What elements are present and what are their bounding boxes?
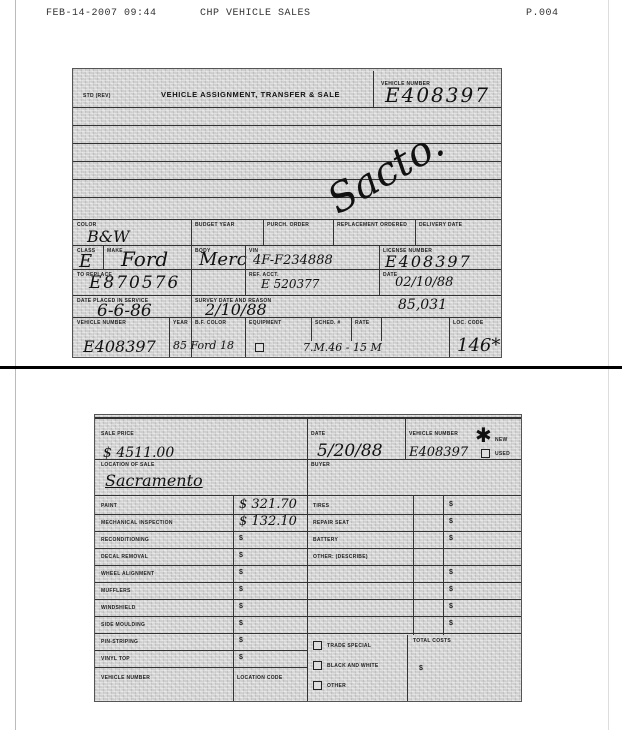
vehicle-number-label-2: VEHICLE NUMBER [77,320,126,326]
location-label: LOCATION OF SALE [101,462,155,468]
color-value: B&W [87,227,129,246]
cost-item-value: $ [449,603,453,610]
purchase-order-label: PURCH. ORDER [267,222,309,228]
cost-item-value: $ 132.10 [239,514,297,529]
page-edge-left [15,0,16,730]
loc-code-value: 146* [457,335,500,356]
year-make-value: 85 Ford 18 [173,339,234,352]
sale-date-value: 5/20/88 [317,441,383,461]
location-value: Sacramento [105,471,203,490]
cost-item-label: VINYL TOP [101,656,130,662]
vehicle-number-value: E408397 [385,83,490,107]
cost-item-value: $ [239,586,243,593]
new-label: NEW [495,437,508,443]
vin-value: 4F-F234888 [253,253,333,268]
total-costs-label: TOTAL COSTS [413,638,451,644]
vehicle-number-value-2: E408397 [83,337,156,356]
star-mark-icon: ✱ [475,423,492,447]
bottom-vehicle-number-label: VEHICLE NUMBER [101,675,150,681]
cost-item-value: $ [449,501,453,508]
vehicle-assignment-card: STD (REV) VEHICLE ASSIGNMENT, TRANSFER &… [72,68,502,358]
cost-item-value: $ [239,603,243,610]
fax-page-number: P.004 [526,8,559,19]
cost-item-label: MECHANICAL INSPECTION [101,520,173,526]
schedule-label: SCHED. # [315,320,340,326]
cost-item-value: $ [449,620,453,627]
checkbox-label: TRADE SPECIAL [327,643,371,649]
date-placed-value: 6-6-86 [97,301,152,321]
cost-item-value: $ [449,569,453,576]
cost-item-value: $ [449,586,453,593]
loc-code-label: LOC. CODE [453,320,483,326]
sale-vehicle-number-value: E408397 [409,445,468,460]
year-label: YEAR [173,320,188,326]
total-costs-value: $ [419,665,423,672]
sale-vehicle-number-label: VEHICLE NUMBER [409,431,458,437]
cost-item-label: MUFFLERS [101,588,131,594]
page-separator [0,366,622,369]
cost-item-value: $ [239,569,243,576]
buyer-label: BUYER [311,462,330,468]
cost-item-label: BATTERY [313,537,338,543]
replacement-ordered-label: REPLACEMENT ORDERED [337,222,407,228]
bf-color-label: B.F. COLOR [195,320,226,326]
cost-item-value: $ [449,518,453,525]
sale-price-label: SALE PRICE [101,431,134,437]
page-edge-right [608,0,609,730]
vehicle-sale-card: SALE PRICE $ 4511.00 DATE 5/20/88 VEHICL… [94,414,522,702]
mileage-value: 85,031 [398,297,447,313]
cost-item-value: $ [239,620,243,627]
cost-item-value: $ [239,637,243,644]
cost-item-value: $ 321.70 [239,497,297,512]
checkbox-label: OTHER [327,683,346,689]
cost-item-label: WINDSHIELD [101,605,136,611]
cost-item-label: TIRES [313,503,329,509]
equipment-label: EQUIPMENT [249,320,281,326]
cost-item-label: WHEEL ALIGNMENT [101,571,154,577]
fax-title: CHP VEHICLE SALES [200,8,311,19]
budget-year-label: BUDGET YEAR [195,222,235,228]
bottom-location-code-label: LOCATION CODE [237,675,282,681]
cost-item-label: SIDE MOULDING [101,622,145,628]
cost-item-label: RECONDITIONING [101,537,149,543]
checkbox[interactable] [313,681,322,690]
to-replace-value: E870576 [89,273,180,293]
delivery-date-label: DELIVERY DATE [419,222,462,228]
used-checkbox[interactable] [481,449,490,458]
body-value: Merc [199,249,247,270]
cost-item-value: $ [239,535,243,542]
rate-label: RATE [355,320,369,326]
equipment-value: 7.M.46 - 15 M [303,341,382,354]
cost-item-label: DECAL REMOVAL [101,554,148,560]
color-checkbox[interactable] [255,343,264,352]
cost-item-value: $ [449,535,453,542]
cost-item-label: OTHER: (describe) [313,554,368,560]
make-value: Ford [121,247,168,271]
checkbox[interactable] [313,661,322,670]
form-title: VEHICLE ASSIGNMENT, TRANSFER & SALE [161,90,340,99]
cost-item-label: REPAIR SEAT [313,520,349,526]
fax-datetime: FEB-14-2007 09:44 [46,8,157,19]
cost-item-label: PAINT [101,503,117,509]
cost-item-value: $ [239,654,243,661]
date-value: 02/10/88 [395,275,453,290]
cost-item-label: PIN-STRIPING [101,639,138,645]
ref-value: E 520377 [261,277,319,291]
signature: Sacto. [320,121,452,224]
sale-date-label: DATE [311,431,325,437]
used-label: USED [495,451,510,457]
checkbox-label: BLACK AND WHITE [327,663,379,669]
form-code: STD (REV) [83,93,111,99]
checkbox[interactable] [313,641,322,650]
cost-item-value: $ [239,552,243,559]
